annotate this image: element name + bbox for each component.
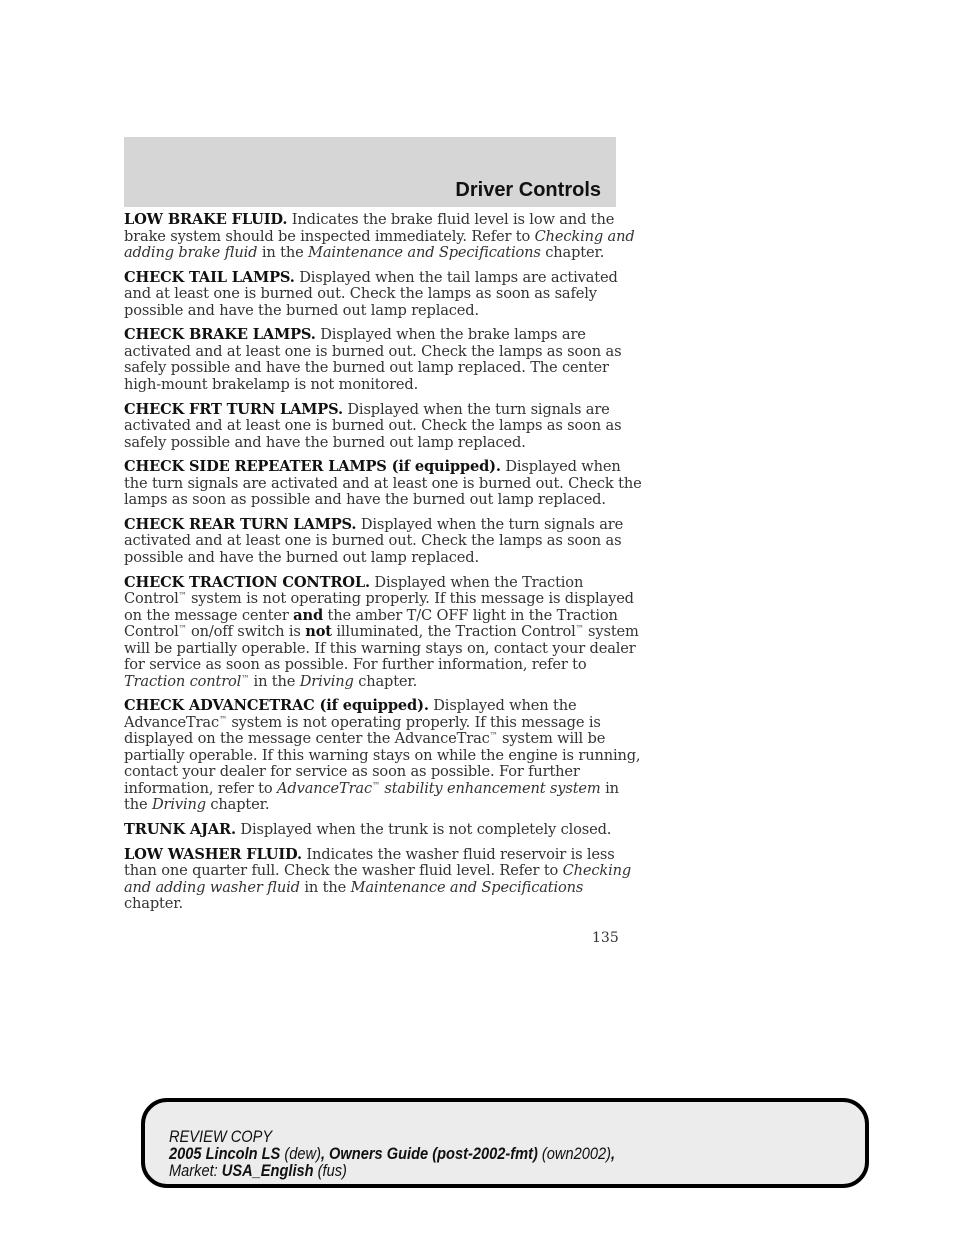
review-copy-footer: REVIEW COPY 2005 Lincoln LS (dew), Owner…	[141, 1098, 869, 1188]
trademark-icon: ™	[490, 731, 498, 740]
footer-document-line: 2005 Lincoln LS (dew), Owners Guide (pos…	[169, 1145, 615, 1162]
message-term: CHECK SIDE REPEATER LAMPS (if equipped).	[124, 458, 501, 475]
message-text: illuminated, the Traction Control	[332, 623, 576, 640]
message-text: chapter.	[206, 796, 269, 813]
message-entry: CHECK TAIL LAMPS. Displayed when the tai…	[124, 270, 644, 320]
page-number: 135	[592, 930, 619, 946]
message-term: CHECK FRT TURN LAMPS.	[124, 401, 343, 418]
trademark-icon: ™	[372, 781, 380, 790]
cross-reference: Maintenance and Specifications	[351, 879, 584, 896]
message-entry: LOW BRAKE FLUID. Indicates the brake flu…	[124, 212, 644, 262]
message-text: chapter.	[541, 244, 604, 261]
message-term: LOW BRAKE FLUID.	[124, 211, 287, 228]
footer-segment: (fus)	[314, 1161, 347, 1180]
cross-reference: AdvanceTrac	[277, 780, 372, 797]
message-term: CHECK TAIL LAMPS.	[124, 269, 295, 286]
message-term: CHECK ADVANCETRAC (if equipped).	[124, 697, 429, 714]
message-entry: CHECK SIDE REPEATER LAMPS (if equipped).…	[124, 459, 644, 509]
trademark-icon: ™	[241, 674, 249, 683]
message-entry: CHECK BRAKE LAMPS. Displayed when the br…	[124, 327, 644, 393]
footer-text: REVIEW COPY 2005 Lincoln LS (dew), Owner…	[169, 1128, 615, 1179]
footer-review-label: REVIEW COPY	[169, 1128, 615, 1145]
emphasis: and	[293, 607, 323, 624]
message-term: CHECK TRACTION CONTROL.	[124, 574, 370, 591]
message-term: CHECK REAR TURN LAMPS.	[124, 516, 356, 533]
message-term: TRUNK AJAR.	[124, 821, 236, 838]
message-text: chapter.	[354, 673, 417, 690]
section-header-band: Driver Controls	[124, 137, 616, 207]
message-text: in the	[300, 879, 351, 896]
cross-reference: Driving	[300, 673, 354, 690]
message-term: LOW WASHER FLUID.	[124, 846, 302, 863]
message-text: on/off switch is	[186, 623, 305, 640]
section-title: Driver Controls	[455, 179, 601, 202]
message-text: chapter.	[124, 895, 183, 912]
message-text: in the	[249, 673, 300, 690]
trademark-icon: ™	[576, 624, 584, 633]
message-entry: CHECK TRACTION CONTROL. Displayed when t…	[124, 575, 644, 691]
message-entry: CHECK REAR TURN LAMPS. Displayed when th…	[124, 517, 644, 567]
emphasis: not	[305, 623, 332, 640]
footer-segment: USA_English	[222, 1161, 314, 1180]
footer-segment: , Owners Guide (post-2002-fmt)	[321, 1144, 538, 1163]
message-entry: CHECK ADVANCETRAC (if equipped). Display…	[124, 698, 644, 814]
trademark-icon: ™	[219, 715, 227, 724]
cross-reference: Traction control	[124, 673, 241, 690]
message-text: in the	[257, 244, 308, 261]
message-term: CHECK BRAKE LAMPS.	[124, 326, 316, 343]
message-entry: CHECK FRT TURN LAMPS. Displayed when the…	[124, 402, 644, 452]
message-entry: LOW WASHER FLUID. Indicates the washer f…	[124, 847, 644, 913]
cross-reference: Maintenance and Specifications	[308, 244, 541, 261]
footer-market-line: Market: USA_English (fus)	[169, 1162, 615, 1179]
manual-body: LOW BRAKE FLUID. Indicates the brake flu…	[124, 212, 644, 921]
footer-segment: ,	[611, 1144, 615, 1163]
footer-segment: (own2002)	[538, 1144, 611, 1163]
cross-reference: stability enhancement system	[380, 780, 601, 797]
message-text: Displayed when the trunk is not complete…	[236, 821, 611, 838]
message-entry: TRUNK AJAR. Displayed when the trunk is …	[124, 822, 644, 839]
cross-reference: Driving	[152, 796, 206, 813]
footer-segment: Market:	[169, 1161, 222, 1180]
